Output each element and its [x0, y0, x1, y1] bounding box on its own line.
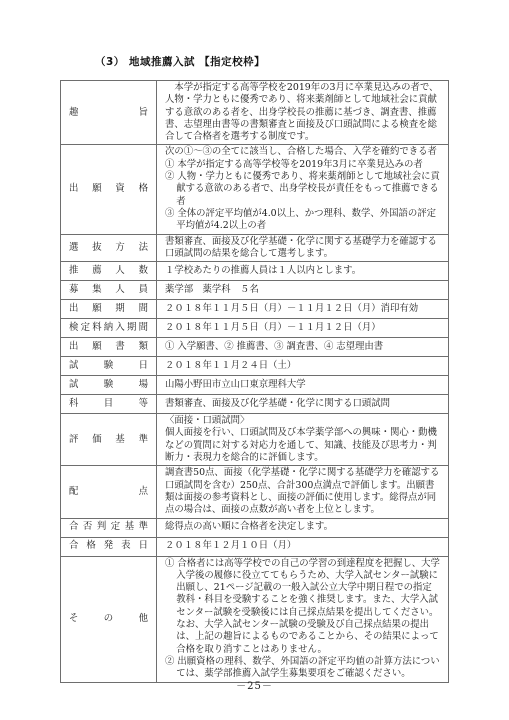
row-score-allocation-label: 配点 — [61, 466, 157, 518]
row-evaluation-criteria: 評価基準 〈面接・口頭試問〉 個人面接を行い、口頭試問及び本学薬学部への興味・関… — [61, 414, 449, 466]
row-admission-capacity-value: 薬学部 薬学科 ５名 — [157, 281, 449, 300]
row-subjects: 科目等 書類審査、面接及び化学基礎・化学に関する口頭試問 — [61, 395, 449, 414]
row-fee-payment-period-value: ２０１８年１１月５日（月）－１１月１２日（月） — [157, 319, 449, 338]
row-purpose: 趣旨 本学が指定する高等学校を2019年の3月に卒業見込みの者で、人物・学力とも… — [61, 81, 449, 145]
admission-capacity-text: 薬学部 薬学科 ５名 — [165, 284, 440, 296]
exam-date-text: ２０１８年１１月２４日（土） — [165, 360, 440, 372]
page-number: －25－ — [0, 677, 509, 692]
row-fee-payment-period: 検定料納入期間 ２０１８年１１月５日（月）－１１月１２日（月） — [61, 319, 449, 338]
eligibility-intro: 次の①～③の全てに該当し、合格した場合、入学を確約できる者 — [165, 146, 440, 158]
row-other-notes-label: その他 — [61, 556, 157, 682]
row-application-period-label: 出願期間 — [61, 300, 157, 319]
row-application-documents-label: 出願書類 — [61, 338, 157, 357]
row-admission-capacity-label: 募集人員 — [61, 281, 157, 300]
evaluation-criteria-heading: 〈面接・口頭試問〉 — [165, 415, 440, 427]
subjects-text: 書類審査、面接及び化学基礎・化学に関する口頭試問 — [165, 398, 440, 410]
row-result-announcement-value: ２０１８年１２月１０日（月） — [157, 537, 449, 556]
row-application-period: 出願期間 ２０１８年１１月５日（月）－１１月１２日（月）消印有効 — [61, 300, 449, 319]
pass-fail-criteria-text: 総得点の高い順に合格者を決定します。 — [165, 521, 440, 533]
eligibility-item-2: ② 人物・学力ともに優秀であり、将来薬剤師として地域社会に貢献する意欲のある者で… — [165, 171, 440, 208]
row-pass-fail-criteria: 合否判定基準 総得点の高い順に合格者を決定します。 — [61, 518, 449, 537]
row-exam-date-value: ２０１８年１１月２４日（土） — [157, 357, 449, 376]
score-allocation-text: 調査書50点、面接（化学基礎・化学に関する基礎学力を確認する口頭試問を含む）25… — [165, 467, 440, 516]
nominees-per-school-text: １学校あたりの推薦人員は１人以内とします。 — [165, 265, 440, 277]
row-result-announcement: 合格発表日 ２０１８年１２月１０日（月） — [61, 537, 449, 556]
row-fee-payment-period-label: 検定料納入期間 — [61, 319, 157, 338]
row-other-notes: その他 ① 合格者には高等学校での自己の学習の到達程度を把握し、大学入学後の履修… — [61, 556, 449, 682]
row-nominees-per-school-value: １学校あたりの推薦人員は１人以内とします。 — [157, 262, 449, 281]
row-pass-fail-criteria-value: 総得点の高い順に合格者を決定します。 — [157, 518, 449, 537]
row-pass-fail-criteria-label: 合否判定基準 — [61, 518, 157, 537]
row-other-notes-value: ① 合格者には高等学校での自己の学習の到達程度を把握し、大学入学後の履修に役立て… — [157, 556, 449, 682]
other-notes-item-1: ① 合格者には高等学校での自己の学習の到達程度を把握し、大学入学後の履修に役立て… — [165, 558, 440, 656]
application-period-text: ２０１８年１１月５日（月）－１１月１２日（月）消印有効 — [165, 303, 440, 315]
row-nominees-per-school: 推薦人数 １学校あたりの推薦人員は１人以内とします。 — [61, 262, 449, 281]
row-application-documents: 出願書類 ① 入学願書、② 推薦書、③ 調査書、④ 志望理由書 — [61, 338, 449, 357]
row-evaluation-criteria-label: 評価基準 — [61, 414, 157, 466]
row-exam-date: 試験日 ２０１８年１１月２４日（土） — [61, 357, 449, 376]
page-title: （3） 地域推薦入試 【指定校枠】 — [95, 54, 265, 69]
row-purpose-value: 本学が指定する高等学校を2019年の3月に卒業見込みの者で、人物・学力ともに優秀… — [157, 81, 449, 145]
evaluation-criteria-text: 個人面接を行い、口頭試問及び本学薬学部への興味・関心・動機などの質問に対する対応… — [165, 427, 440, 464]
row-eligibility-label: 出願資格 — [61, 145, 157, 234]
row-exam-venue: 試験場 山陽小野田市立山口東京理科大学 — [61, 376, 449, 395]
row-result-announcement-label: 合格発表日 — [61, 537, 157, 556]
row-nominees-per-school-label: 推薦人数 — [61, 262, 157, 281]
purpose-text: 本学が指定する高等学校を2019年の3月に卒業見込みの者で、人物・学力ともに優秀… — [165, 82, 440, 143]
eligibility-item-1: ① 本学が指定する高等学校等を2019年3月に卒業見込みの者 — [165, 159, 440, 171]
admission-spec-table: 趣旨 本学が指定する高等学校を2019年の3月に卒業見込みの者で、人物・学力とも… — [60, 80, 449, 683]
row-score-allocation: 配点 調査書50点、面接（化学基礎・化学に関する基礎学力を確認する口頭試問を含む… — [61, 466, 449, 518]
row-application-period-value: ２０１８年１１月５日（月）－１１月１２日（月）消印有効 — [157, 300, 449, 319]
row-exam-venue-label: 試験場 — [61, 376, 157, 395]
application-documents-text: ① 入学願書、② 推薦書、③ 調査書、④ 志望理由書 — [165, 341, 440, 353]
row-application-documents-value: ① 入学願書、② 推薦書、③ 調査書、④ 志望理由書 — [157, 338, 449, 357]
row-eligibility: 出願資格 次の①～③の全てに該当し、合格した場合、入学を確約できる者 ① 本学が… — [61, 145, 449, 234]
result-announcement-text: ２０１８年１２月１０日（月） — [165, 540, 440, 552]
row-selection-method: 選抜方法 書類審査、面接及び化学基礎・化学に関する基礎学力を確認する口頭試問の結… — [61, 234, 449, 262]
row-selection-method-value: 書類審査、面接及び化学基礎・化学に関する基礎学力を確認する口頭試問の結果を総合し… — [157, 234, 449, 262]
selection-method-text: 書類審査、面接及び化学基礎・化学に関する基礎学力を確認する口頭試問の結果を総合し… — [165, 236, 440, 261]
row-subjects-label: 科目等 — [61, 395, 157, 414]
row-evaluation-criteria-value: 〈面接・口頭試問〉 個人面接を行い、口頭試問及び本学薬学部への興味・関心・動機な… — [157, 414, 449, 466]
fee-payment-period-text: ２０１８年１１月５日（月）－１１月１２日（月） — [165, 322, 440, 334]
document-page: （3） 地域推薦入試 【指定校枠】 趣旨 本学が指定する高等学校を2019年の3… — [0, 0, 509, 720]
row-eligibility-value: 次の①～③の全てに該当し、合格した場合、入学を確約できる者 ① 本学が指定する高… — [157, 145, 449, 234]
row-exam-venue-value: 山陽小野田市立山口東京理科大学 — [157, 376, 449, 395]
row-subjects-value: 書類審査、面接及び化学基礎・化学に関する口頭試問 — [157, 395, 449, 414]
eligibility-item-3: ③ 全体の評定平均値が4.0以上、かつ理科、数学、外国語の評定平均値が4.2以上… — [165, 208, 440, 233]
exam-venue-text: 山陽小野田市立山口東京理科大学 — [165, 379, 440, 391]
row-purpose-label: 趣旨 — [61, 81, 157, 145]
row-score-allocation-value: 調査書50点、面接（化学基礎・化学に関する基礎学力を確認する口頭試問を含む）25… — [157, 466, 449, 518]
row-selection-method-label: 選抜方法 — [61, 234, 157, 262]
row-exam-date-label: 試験日 — [61, 357, 157, 376]
row-admission-capacity: 募集人員 薬学部 薬学科 ５名 — [61, 281, 449, 300]
